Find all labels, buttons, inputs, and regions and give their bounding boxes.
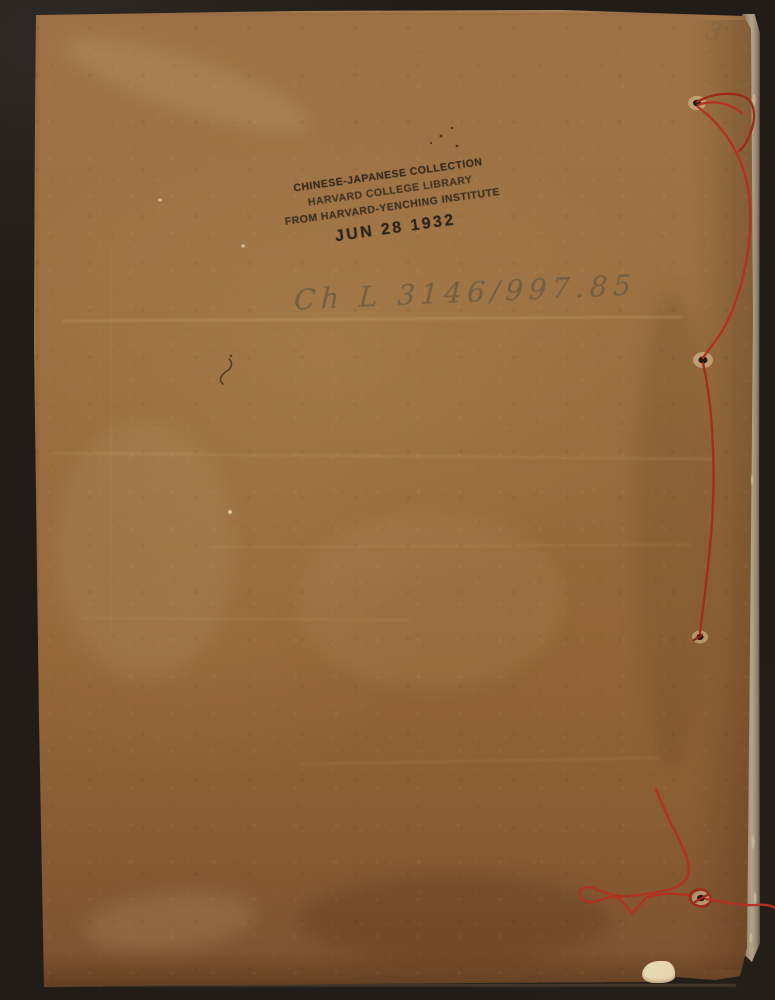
photograph-of-book-back-cover: { "colors": { "background_mat": "#211c18… xyxy=(0,0,775,1000)
torn-paper-patch xyxy=(642,961,675,983)
paper-grain-texture xyxy=(0,0,775,1000)
book-cover xyxy=(0,0,775,1000)
